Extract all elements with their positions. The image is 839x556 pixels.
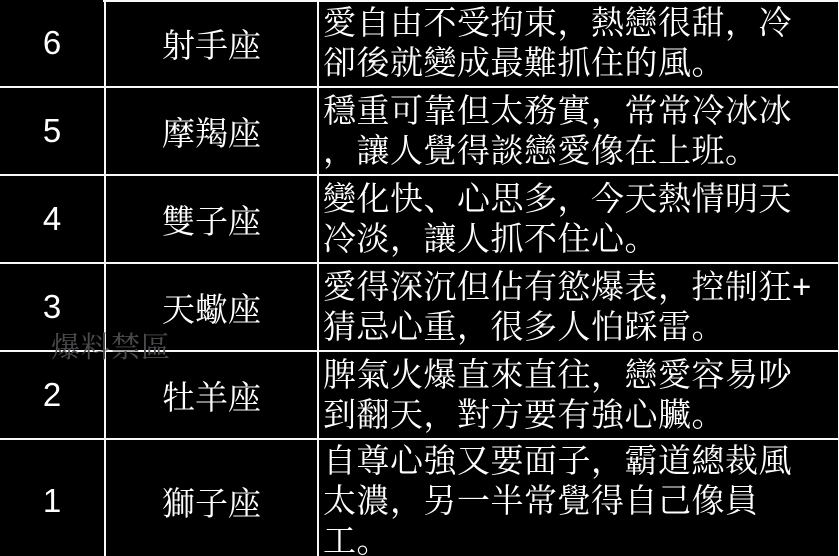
rank-cell: 6 <box>0 0 105 87</box>
rank-cell: 5 <box>0 87 105 175</box>
zodiac-ranking-table: 6 射手座 愛自由不受拘束，熱戀很甜，冷 卻後就變成最難抓住的風。 5 摩羯座 … <box>0 0 839 556</box>
sign-cell: 牡羊座 <box>105 351 318 439</box>
sign-cell: 射手座 <box>105 0 318 87</box>
description-cell: 變化快、心思多，今天熱情明天 冷淡，讓人抓不住心。 <box>318 175 839 263</box>
table-row: 4 雙子座 變化快、心思多，今天熱情明天 冷淡，讓人抓不住心。 <box>0 175 839 263</box>
sign-cell: 摩羯座 <box>105 87 318 175</box>
description-cell: 穩重可靠但太務實，常常冷冰冰 ，讓人覺得談戀愛像在上班。 <box>318 87 839 175</box>
cropped-top-border <box>103 0 839 2</box>
rank-cell: 4 <box>0 175 105 263</box>
rank-cell: 1 <box>0 439 105 556</box>
zodiac-ranking-screenshot: 6 射手座 愛自由不受拘束，熱戀很甜，冷 卻後就變成最難抓住的風。 5 摩羯座 … <box>0 0 839 556</box>
table-row: 6 射手座 愛自由不受拘束，熱戀很甜，冷 卻後就變成最難抓住的風。 <box>0 0 839 87</box>
sign-cell: 雙子座 <box>105 175 318 263</box>
table-row: 3 天蠍座 愛得深沉但佔有慾爆表，控制狂+ 猜忌心重，很多人怕踩雷。 <box>0 263 839 351</box>
description-cell: 自尊心強又要面子，霸道總裁風 太濃，另一半常覺得自己像員 工。 <box>318 439 839 556</box>
table-row: 5 摩羯座 穩重可靠但太務實，常常冷冰冰 ，讓人覺得談戀愛像在上班。 <box>0 87 839 175</box>
sign-cell: 獅子座 <box>105 439 318 556</box>
description-cell: 愛自由不受拘束，熱戀很甜，冷 卻後就變成最難抓住的風。 <box>318 0 839 87</box>
description-cell: 脾氣火爆直來直往，戀愛容易吵 到翻天，對方要有強心臟。 <box>318 351 839 439</box>
table-row: 1 獅子座 自尊心強又要面子，霸道總裁風 太濃，另一半常覺得自己像員 工。 <box>0 439 839 556</box>
rank-cell: 2 <box>0 351 105 439</box>
table-row: 2 牡羊座 脾氣火爆直來直往，戀愛容易吵 到翻天，對方要有強心臟。 <box>0 351 839 439</box>
description-cell: 愛得深沉但佔有慾爆表，控制狂+ 猜忌心重，很多人怕踩雷。 <box>318 263 839 351</box>
sign-cell: 天蠍座 <box>105 263 318 351</box>
rank-cell: 3 <box>0 263 105 351</box>
